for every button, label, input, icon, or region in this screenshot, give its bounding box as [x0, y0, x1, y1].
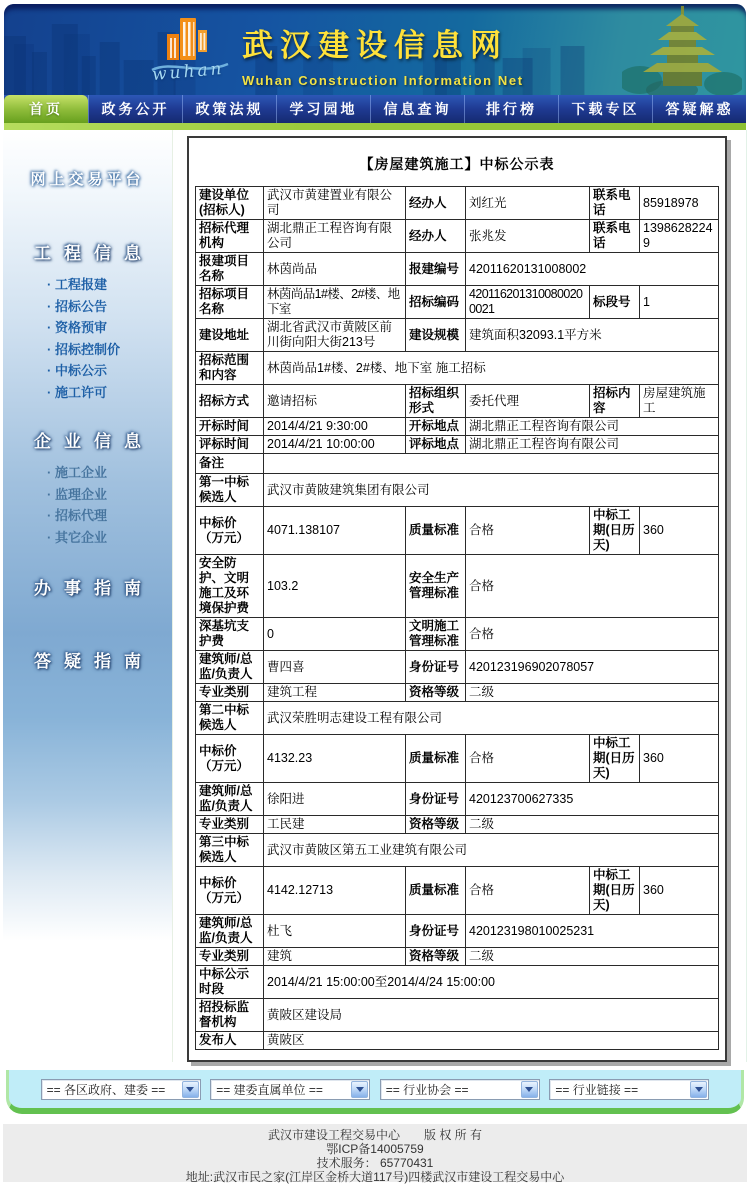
field-label: 备注 — [196, 454, 264, 474]
sidebar-item[interactable]: 工程报建 — [3, 274, 172, 296]
field-label: 评标地点 — [406, 436, 466, 454]
field-label: 招标代理机构 — [196, 220, 264, 253]
field-value: 二级 — [466, 948, 719, 966]
table-row: 开标时间2014/4/21 9:30:00开标地点湖北鼎正工程咨询有限公司 — [196, 418, 719, 436]
dropdown-selected-label: == 行业协会 == — [381, 1081, 521, 1098]
link-dropdown[interactable]: == 各区政府、建委 == — [41, 1079, 201, 1100]
field-label: 联系电话 — [590, 187, 640, 220]
sidebar-item[interactable]: 中标公示 — [3, 360, 172, 382]
field-label: 专业类别 — [196, 948, 264, 966]
field-value: 杜飞 — [264, 915, 406, 948]
field-value: 4142.12713 — [264, 867, 406, 915]
yellow-crane-tower-graphic — [622, 4, 742, 95]
field-value: 曹四喜 — [264, 651, 406, 684]
field-value: 湖北鼎正工程咨询有限公司 — [264, 220, 406, 253]
field-label: 经办人 — [406, 187, 466, 220]
sidebar-item-list: 工程报建招标公告资格预审招标控制价中标公示施工许可 — [3, 274, 172, 403]
field-value: 房屋建筑施工 — [640, 385, 719, 418]
table-row: 中标价（万元）4132.23质量标准合格中标工期(日历天)360 — [196, 735, 719, 783]
table-row: 招标代理机构湖北鼎正工程咨询有限公司经办人张兆发联系电话13986282249 — [196, 220, 719, 253]
field-value: 委托代理 — [466, 385, 590, 418]
sidebar: 网上交易平台 工程信息工程报建招标公告资格预审招标控制价中标公示施工许可企业信息… — [3, 130, 173, 1062]
sidebar-item[interactable]: 招标公告 — [3, 296, 172, 318]
sidebar-item-list: 施工企业监理企业招标代理其它企业 — [3, 462, 172, 548]
table-row: 评标时间2014/4/21 10:00:00评标地点湖北鼎正工程咨询有限公司 — [196, 436, 719, 454]
table-row: 专业类别工民建资格等级二级 — [196, 816, 719, 834]
main-nav: 首页政务公开政策法规学习园地信息查询排行榜下载专区答疑解惑 — [4, 95, 746, 123]
field-value: 二级 — [466, 816, 719, 834]
field-label: 评标时间 — [196, 436, 264, 454]
bid-table: 建设单位(招标人)武汉市黄建置业有限公司经办人刘红光联系电话85918978招标… — [195, 186, 719, 1050]
chevron-down-icon[interactable] — [521, 1081, 538, 1098]
sidebar-section-title[interactable]: 企业信息 — [3, 427, 172, 452]
field-label: 中标价（万元） — [196, 735, 264, 783]
field-value: 建筑面积32093.1平方米 — [466, 319, 719, 352]
chevron-down-glyph — [186, 1087, 194, 1092]
table-row: 建设单位(招标人)武汉市黄建置业有限公司经办人刘红光联系电话85918978 — [196, 187, 719, 220]
nav-tab[interactable]: 政策法规 — [182, 95, 276, 123]
sidebar-item[interactable]: 招标代理 — [3, 505, 172, 527]
field-label: 开标时间 — [196, 418, 264, 436]
bid-panel: 【房屋建筑施工】中标公示表 建设单位(招标人)武汉市黄建置业有限公司经办人刘红光… — [187, 136, 727, 1062]
field-value: 4132.23 — [264, 735, 406, 783]
table-row: 招标方式邀请招标招标组织形式委托代理招标内容房屋建筑施工 — [196, 385, 719, 418]
table-row: 中标价（万元）4071.138107质量标准合格中标工期(日历天)360 — [196, 507, 719, 555]
field-label: 建设地址 — [196, 319, 264, 352]
nav-tab[interactable]: 首页 — [4, 95, 88, 123]
field-value: 建筑工程 — [264, 684, 406, 702]
nav-tab[interactable]: 排行榜 — [464, 95, 558, 123]
field-value: 林茵尚品1#楼、2#楼、地下室 — [264, 286, 406, 319]
field-label: 招标范围和内容 — [196, 352, 264, 385]
field-value: 邀请招标 — [264, 385, 406, 418]
field-label: 第三中标候选人 — [196, 834, 264, 867]
field-label: 建筑师/总监/负责人 — [196, 651, 264, 684]
field-label: 质量标准 — [406, 735, 466, 783]
table-row: 建筑师/总监/负责人曹四喜身份证号420123196902078057 — [196, 651, 719, 684]
field-value: 工民建 — [264, 816, 406, 834]
field-value: 湖北省武汉市黄陂区前川街向阳大街213号 — [264, 319, 406, 352]
field-value: 360 — [640, 735, 719, 783]
field-value: 湖北鼎正工程咨询有限公司 — [466, 436, 719, 454]
chevron-down-icon[interactable] — [351, 1081, 368, 1098]
table-row: 深基坑支护费0文明施工管理标准合格 — [196, 618, 719, 651]
field-label: 第二中标候选人 — [196, 702, 264, 735]
field-label: 中标价（万元） — [196, 507, 264, 555]
field-label: 专业类别 — [196, 684, 264, 702]
nav-tab[interactable]: 答疑解惑 — [652, 95, 746, 123]
field-value: 0 — [264, 618, 406, 651]
field-value: 林茵尚品1#楼、2#楼、地下室 施工招标 — [264, 352, 719, 385]
footer-line: 技术服务： 65770431 — [3, 1157, 747, 1170]
footer-line: 武汉市建设工程交易中心 版 权 所 有 — [3, 1129, 747, 1142]
field-value: 1 — [640, 286, 719, 319]
site-subtitle: Wuhan Construction Information Net — [242, 73, 524, 88]
field-value: 合格 — [466, 735, 590, 783]
field-value: 85918978 — [640, 187, 719, 220]
sidebar-section: 办事指南 — [3, 574, 172, 599]
field-label: 资格等级 — [406, 684, 466, 702]
field-label: 第一中标候选人 — [196, 474, 264, 507]
table-row: 安全防护、文明施工及环境保护费103.2安全生产管理标准合格 — [196, 555, 719, 618]
banner-titles: 武汉建设信息网 Wuhan Construction Information N… — [242, 20, 524, 88]
chevron-down-glyph — [525, 1087, 533, 1092]
field-label: 联系电话 — [590, 220, 640, 253]
field-label: 质量标准 — [406, 507, 466, 555]
field-value: 42011620131008002 — [466, 253, 719, 286]
field-label: 建设单位(招标人) — [196, 187, 264, 220]
field-label: 身份证号 — [406, 651, 466, 684]
field-value: 2014/4/21 10:00:00 — [264, 436, 406, 454]
table-row: 专业类别建筑资格等级二级 — [196, 948, 719, 966]
sidebar-item[interactable]: 其它企业 — [3, 527, 172, 549]
chevron-down-icon[interactable] — [182, 1081, 199, 1098]
nav-tab[interactable]: 信息查询 — [370, 95, 464, 123]
field-value: 4071.138107 — [264, 507, 406, 555]
field-label: 建筑师/总监/负责人 — [196, 915, 264, 948]
field-value: 合格 — [466, 507, 590, 555]
field-label: 质量标准 — [406, 867, 466, 915]
sidebar-section: 企业信息施工企业监理企业招标代理其它企业 — [3, 427, 172, 548]
field-label: 中标工期(日历天) — [590, 507, 640, 555]
table-row: 第一中标候选人武汉市黄陂建筑集团有限公司 — [196, 474, 719, 507]
field-label: 中标公示时段 — [196, 966, 264, 999]
field-value: 360 — [640, 867, 719, 915]
footer-line: 地址:武汉市民之家(江岸区金桥大道117号)四楼武汉市建设工程交易中心 — [3, 1171, 747, 1184]
field-value: 徐阳进 — [264, 783, 406, 816]
chevron-down-glyph — [356, 1087, 364, 1092]
field-label: 中标价（万元） — [196, 867, 264, 915]
field-label: 招标项目名称 — [196, 286, 264, 319]
field-label: 文明施工管理标准 — [406, 618, 466, 651]
field-value: 4201162013100800200021 — [466, 286, 590, 319]
field-value: 420123198010025231 — [466, 915, 719, 948]
field-label: 招标方式 — [196, 385, 264, 418]
table-title: 【房屋建筑施工】中标公示表 — [195, 154, 719, 174]
field-value: 武汉市黄建置业有限公司 — [264, 187, 406, 220]
field-value: 武汉荣胜明志建设工程有限公司 — [264, 702, 719, 735]
field-value: 2014/4/21 15:00:00至2014/4/24 15:00:00 — [264, 966, 719, 999]
sidebar-section-title[interactable]: 工程信息 — [3, 239, 172, 264]
link-dropdown[interactable]: == 建委直属单位 == — [210, 1079, 370, 1100]
links-band: == 各区政府、建委 ==== 建委直属单位 ==== 行业协会 ==== 行业… — [6, 1070, 744, 1114]
nav-underline — [4, 123, 746, 130]
chevron-down-icon[interactable] — [690, 1081, 707, 1098]
field-label: 资格等级 — [406, 816, 466, 834]
field-value: 13986282249 — [640, 220, 719, 253]
field-label: 资格等级 — [406, 948, 466, 966]
table-row: 招标项目名称林茵尚品1#楼、2#楼、地下室招标编码420116201310080… — [196, 286, 719, 319]
sidebar-platform-link[interactable]: 网上交易平台 — [3, 168, 172, 189]
sidebar-item[interactable]: 招标控制价 — [3, 339, 172, 361]
table-row: 专业类别建筑工程资格等级二级 — [196, 684, 719, 702]
sidebar-section-title[interactable]: 办事指南 — [3, 574, 172, 599]
sidebar-section: 答疑指南 — [3, 647, 172, 672]
field-value: 360 — [640, 507, 719, 555]
table-row: 招投标监督机构黄陂区建设局 — [196, 999, 719, 1032]
site-title: 武汉建设信息网 — [242, 20, 524, 65]
sidebar-sections: 工程信息工程报建招标公告资格预审招标控制价中标公示施工许可企业信息施工企业监理企… — [3, 239, 172, 672]
field-label: 建设规模 — [406, 319, 466, 352]
field-label: 深基坑支护费 — [196, 618, 264, 651]
site-logo: wuhan — [150, 14, 250, 92]
sidebar-section: 工程信息工程报建招标公告资格预审招标控制价中标公示施工许可 — [3, 239, 172, 403]
sidebar-item[interactable]: 施工许可 — [3, 382, 172, 404]
field-value: 合格 — [466, 555, 719, 618]
table-row: 备注 — [196, 454, 719, 474]
field-label: 标段号 — [590, 286, 640, 319]
field-label: 招标编码 — [406, 286, 466, 319]
dropdown-selected-label: == 行业链接 == — [550, 1081, 690, 1098]
field-label: 报建项目名称 — [196, 253, 264, 286]
field-value: 合格 — [466, 618, 719, 651]
field-label: 开标地点 — [406, 418, 466, 436]
nav-tab[interactable]: 政务公开 — [88, 95, 182, 123]
link-dropdown[interactable]: == 行业协会 == — [380, 1079, 540, 1100]
field-label: 专业类别 — [196, 816, 264, 834]
sidebar-item[interactable]: 资格预审 — [3, 317, 172, 339]
dropdown-selected-label: == 建委直属单位 == — [211, 1081, 351, 1098]
field-label: 发布人 — [196, 1032, 264, 1050]
field-label: 安全生产管理标准 — [406, 555, 466, 618]
footer: 武汉市建设工程交易中心 版 权 所 有鄂ICP备14005759技术服务： 65… — [3, 1124, 747, 1182]
chevron-down-glyph — [695, 1087, 703, 1092]
nav-tab[interactable]: 学习园地 — [276, 95, 370, 123]
field-value: 二级 — [466, 684, 719, 702]
field-value: 420123700627335 — [466, 783, 719, 816]
field-value: 黄陂区建设局 — [264, 999, 719, 1032]
table-row: 第二中标候选人武汉荣胜明志建设工程有限公司 — [196, 702, 719, 735]
table-row: 中标公示时段2014/4/21 15:00:00至2014/4/24 15:00… — [196, 966, 719, 999]
table-row: 建筑师/总监/负责人杜飞身份证号420123198010025231 — [196, 915, 719, 948]
table-row: 第三中标候选人武汉市黄陂区第五工业建筑有限公司 — [196, 834, 719, 867]
field-label: 招投标监督机构 — [196, 999, 264, 1032]
main-content: 【房屋建筑施工】中标公示表 建设单位(招标人)武汉市黄建置业有限公司经办人刘红光… — [173, 130, 746, 1062]
field-label: 报建编号 — [406, 253, 466, 286]
table-row: 中标价（万元）4142.12713质量标准合格中标工期(日历天)360 — [196, 867, 719, 915]
field-label: 安全防护、文明施工及环境保护费 — [196, 555, 264, 618]
sidebar-item[interactable]: 施工企业 — [3, 462, 172, 484]
field-value: 张兆发 — [466, 220, 590, 253]
field-value: 建筑 — [264, 948, 406, 966]
field-label: 招标组织形式 — [406, 385, 466, 418]
page: wuhan 武汉建设信息网 Wuhan Construction Informa… — [0, 0, 750, 1182]
table-row: 建筑师/总监/负责人徐阳进身份证号420123700627335 — [196, 783, 719, 816]
field-value — [264, 454, 719, 474]
field-label: 身份证号 — [406, 783, 466, 816]
content-area: 网上交易平台 工程信息工程报建招标公告资格预审招标控制价中标公示施工许可企业信息… — [3, 130, 747, 1062]
nav-tab[interactable]: 下载专区 — [558, 95, 652, 123]
footer-line: 鄂ICP备14005759 — [3, 1143, 747, 1156]
link-dropdown[interactable]: == 行业链接 == — [549, 1079, 709, 1100]
field-value: 420123196902078057 — [466, 651, 719, 684]
field-value: 林茵尚品 — [264, 253, 406, 286]
field-label: 招标内容 — [590, 385, 640, 418]
field-value: 武汉市黄陂建筑集团有限公司 — [264, 474, 719, 507]
sidebar-item[interactable]: 监理企业 — [3, 484, 172, 506]
field-label: 身份证号 — [406, 915, 466, 948]
field-value: 湖北鼎正工程咨询有限公司 — [466, 418, 719, 436]
field-value: 黄陂区 — [264, 1032, 719, 1050]
field-value: 2014/4/21 9:30:00 — [264, 418, 406, 436]
site-banner: wuhan 武汉建设信息网 Wuhan Construction Informa… — [4, 4, 746, 95]
field-label: 经办人 — [406, 220, 466, 253]
field-label: 建筑师/总监/负责人 — [196, 783, 264, 816]
table-row: 报建项目名称林茵尚品报建编号42011620131008002 — [196, 253, 719, 286]
table-row: 建设地址湖北省武汉市黄陂区前川街向阳大街213号建设规模建筑面积32093.1平… — [196, 319, 719, 352]
field-label: 中标工期(日历天) — [590, 867, 640, 915]
field-value: 合格 — [466, 867, 590, 915]
dropdown-selected-label: == 各区政府、建委 == — [42, 1081, 182, 1098]
sidebar-section-title[interactable]: 答疑指南 — [3, 647, 172, 672]
field-value: 103.2 — [264, 555, 406, 618]
field-value: 刘红光 — [466, 187, 590, 220]
field-value: 武汉市黄陂区第五工业建筑有限公司 — [264, 834, 719, 867]
table-row: 招标范围和内容林茵尚品1#楼、2#楼、地下室 施工招标 — [196, 352, 719, 385]
field-label: 中标工期(日历天) — [590, 735, 640, 783]
table-row: 发布人黄陂区 — [196, 1032, 719, 1050]
